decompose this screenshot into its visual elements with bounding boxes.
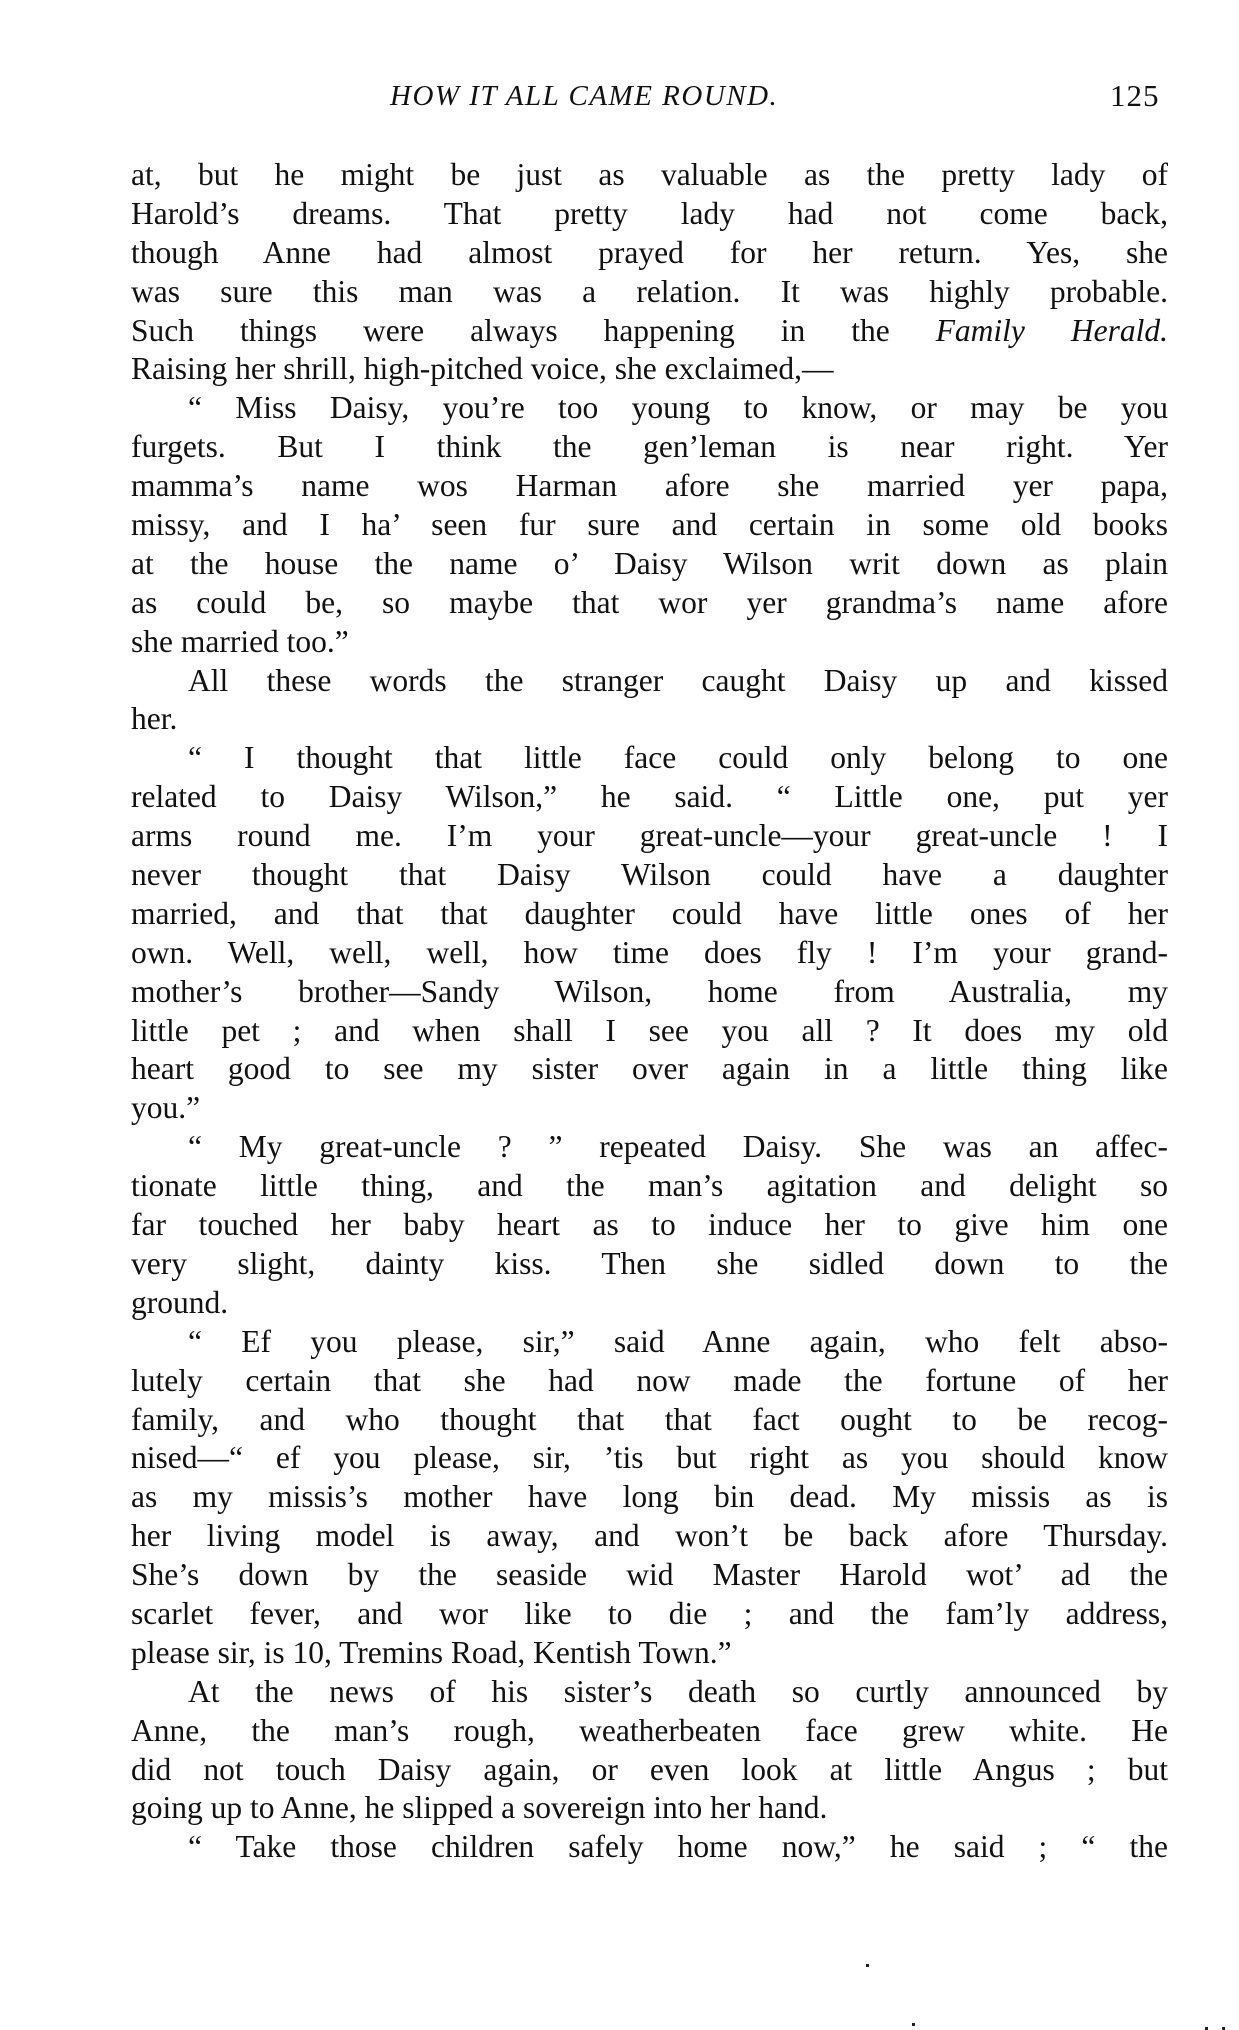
periodical-title: Family Herald.: [936, 313, 1168, 348]
text-line: her.: [131, 700, 1168, 739]
scan-speck: [912, 2023, 915, 2026]
scan-speck: [866, 1964, 869, 1967]
text-line: please sir, is 10, Tremins Road, Kentish…: [131, 1634, 1168, 1673]
paragraph-start: “ Take those children safely home now,” …: [131, 1828, 1168, 1867]
text-line: Harold’s dreams. That pretty lady had no…: [131, 195, 1168, 234]
text-line: mamma’s name wos Harman afore she marrie…: [131, 467, 1168, 506]
text-line: furgets. But I think the gen’leman is ne…: [131, 428, 1168, 467]
text-line: she married too.”: [131, 623, 1168, 662]
paragraph-start: “ My great-uncle ? ” repeated Daisy. She…: [131, 1128, 1168, 1167]
text-line: was sure this man was a relation. It was…: [131, 273, 1168, 312]
text-line: married, and that that daughter could ha…: [131, 895, 1168, 934]
text-line: tionate little thing, and the man’s agit…: [131, 1167, 1168, 1206]
book-page: HOW IT ALL CAME ROUND. 125 at, but he mi…: [0, 0, 1239, 2030]
text-line: scarlet fever, and wor like to die ; and…: [131, 1595, 1168, 1634]
text-line: missy, and I ha’ seen fur sure and certa…: [131, 506, 1168, 545]
text-line: going up to Anne, he slipped a sovereign…: [131, 1789, 1168, 1828]
text-line: at, but he might be just as valuable as …: [131, 156, 1168, 195]
text-line: her living model is away, and won’t be b…: [131, 1517, 1168, 1556]
text-line: related to Daisy Wilson,” he said. “ Lit…: [131, 778, 1168, 817]
text-line: family, and who thought that that fact o…: [131, 1401, 1168, 1440]
text-line: lutely certain that she had now made the…: [131, 1362, 1168, 1401]
paragraph-start: At the news of his sister’s death so cur…: [131, 1673, 1168, 1712]
text-line: nised—“ ef you please, sir, ’tis but rig…: [131, 1439, 1168, 1478]
paragraph-start: “ I thought that little face could only …: [131, 739, 1168, 778]
text-line: heart good to see my sister over again i…: [131, 1050, 1168, 1089]
text-line: you.”: [131, 1089, 1168, 1128]
text-line: at the house the name o’ Daisy Wilson wr…: [131, 545, 1168, 584]
text-line: very slight, dainty kiss. Then she sidle…: [131, 1245, 1168, 1284]
text-line: ground.: [131, 1284, 1168, 1323]
body-text: at, but he might be just as valuable as …: [131, 156, 1168, 1867]
text-line: own. Well, well, well, how time does fly…: [131, 934, 1168, 973]
paragraph-start: “ Miss Daisy, you’re too young to know, …: [131, 389, 1168, 428]
running-title: HOW IT ALL CAME ROUND.: [390, 76, 950, 116]
paragraph-start: “ Ef you please, sir,” said Anne again, …: [131, 1323, 1168, 1362]
text-line: as could be, so maybe that wor yer grand…: [131, 584, 1168, 623]
text-line: though Anne had almost prayed for her re…: [131, 234, 1168, 273]
text-line: little pet ; and when shall I see you al…: [131, 1012, 1168, 1051]
text-line: did not touch Daisy again, or even look …: [131, 1751, 1168, 1790]
text-line: far touched her baby heart as to induce …: [131, 1206, 1168, 1245]
text-line: arms round me. I’m your great-uncle—your…: [131, 817, 1168, 856]
text-line: mother’s brother—Sandy Wilson, home from…: [131, 973, 1168, 1012]
text-line: Anne, the man’s rough, weatherbeaten fac…: [131, 1712, 1168, 1751]
line-text: Such things were always happening in the: [131, 313, 936, 348]
text-line: Such things were always happening in the…: [131, 312, 1168, 351]
text-line: She’s down by the seaside wid Master Har…: [131, 1556, 1168, 1595]
text-line: Raising her shrill, high-pitched voice, …: [131, 350, 1168, 389]
text-line: never thought that Daisy Wilson could ha…: [131, 856, 1168, 895]
paragraph-start: All these words the stranger caught Dais…: [131, 662, 1168, 701]
text-line: as my missis’s mother have long bin dead…: [131, 1478, 1168, 1517]
page-number: 125: [1110, 76, 1180, 116]
